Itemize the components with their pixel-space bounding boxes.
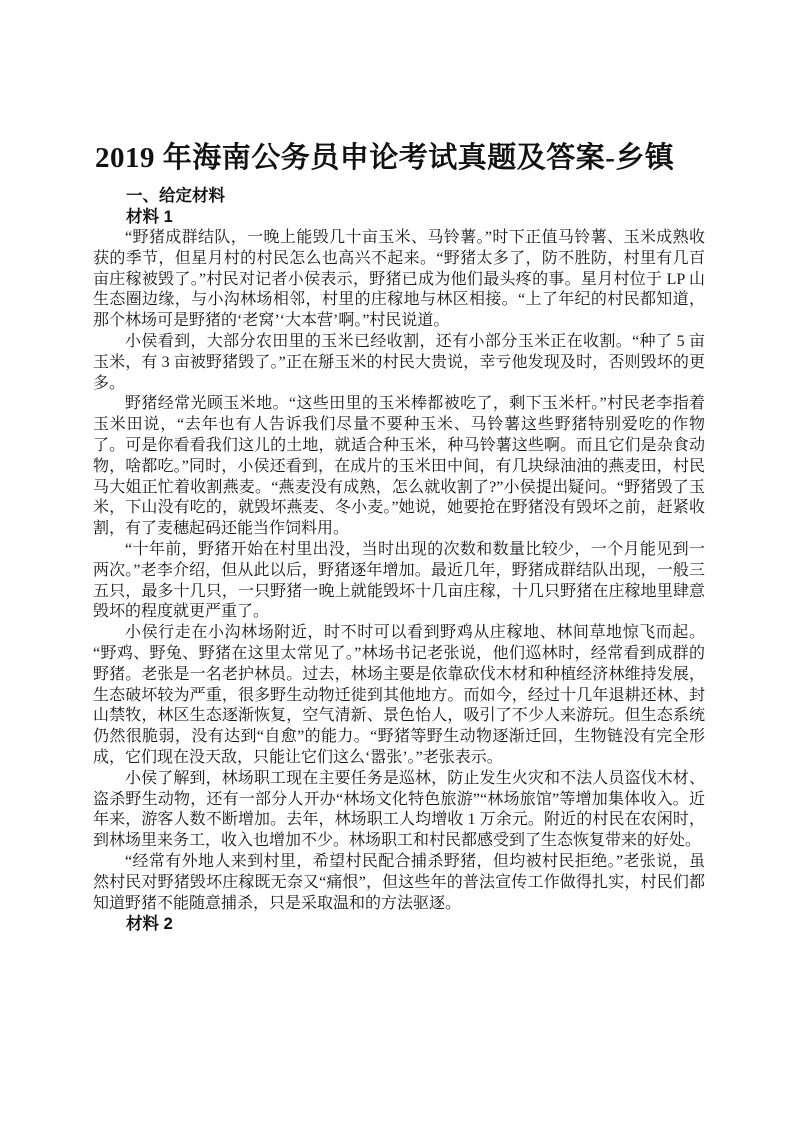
material-2-label: 材料 2 [93, 914, 705, 935]
material-1-paragraph-1: “野猪成群结队，一晚上能毁几十亩玉米、马铃薯。”时下正值马铃薯、玉米成熟收获的季… [93, 228, 705, 332]
material-1-paragraph-2: 小侯看到，大部分农田里的玉米已经收割，还有小部分玉米正在收割。“种了 5 亩玉米… [93, 332, 705, 394]
document-page: 2019 年海南公务员申论考试真题及答案-乡镇 一、给定材料 材料 1 “野猪成… [0, 0, 793, 1121]
material-1-paragraph-7: “经常有外地人来到村里，希望村民配合捕杀野猪，但均被村民拒绝。”老张说，虽然村民… [93, 852, 705, 914]
material-1-paragraph-6: 小侯了解到，林场职工现在主要任务是巡林，防止发生火灾和不法人员盗伐木材、盗杀野生… [93, 769, 705, 852]
material-1-label: 材料 1 [93, 207, 705, 228]
page-title: 2019 年海南公务员申论考试真题及答案-乡镇 [95, 136, 705, 180]
section-heading-given-materials: 一、给定材料 [93, 186, 705, 207]
material-1-paragraph-5: 小侯行走在小沟林场附近，时不时可以看到野鸡从庄稼地、林间草地惊飞而起。“野鸡、野… [93, 623, 705, 769]
material-1-paragraph-4: “十年前，野猪开始在村里出没，当时出现的次数和数量比较少，一个月能见到一两次。”… [93, 540, 705, 623]
material-1-paragraph-3: 野猪经常光顾玉米地。“这些田里的玉米棒都被吃了，剩下玉米杆。”村民老李指着玉米田… [93, 394, 705, 540]
